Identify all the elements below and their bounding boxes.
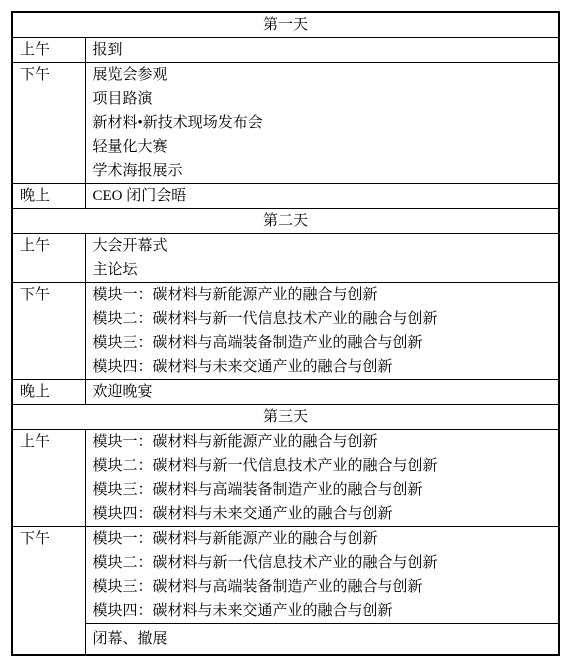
schedule-item: 大会开幕式	[93, 234, 552, 258]
day1-title: 第一天	[12, 12, 559, 38]
schedule-item: 项目路演	[93, 87, 552, 111]
schedule-item: 闭幕、撤展	[93, 627, 552, 651]
period-cell-afternoon: 下午	[12, 63, 85, 184]
schedule-item: 轻量化大赛	[93, 135, 552, 159]
schedule-item: 模块三：碳材料与高端装备制造产业的融合与创新	[93, 331, 552, 355]
schedule-table: 第一天 上午 报到 下午 展览会参观 项目路演 新材料•新技术现场发布会 轻量化…	[11, 11, 560, 656]
period-cell-evening: 晚上	[12, 380, 85, 405]
schedule-item: 报到	[93, 38, 552, 62]
schedule-item: 模块一：碳材料与新能源产业的融合与创新	[93, 283, 552, 307]
items-cell: 模块一：碳材料与新能源产业的融合与创新 模块二：碳材料与新一代信息技术产业的融合…	[85, 527, 559, 624]
day1-header-row: 第一天	[12, 12, 559, 38]
schedule-item: 模块一：碳材料与新能源产业的融合与创新	[93, 430, 552, 454]
schedule-item: 模块二：碳材料与新一代信息技术产业的融合与创新	[93, 307, 552, 331]
period-cell-morning: 上午	[12, 38, 85, 63]
period-cell-evening: 晚上	[12, 184, 85, 209]
schedule-item: 模块三：碳材料与高端装备制造产业的融合与创新	[93, 478, 552, 502]
period-cell-morning: 上午	[12, 234, 85, 283]
day3-header-row: 第三天	[12, 405, 559, 430]
closing-cell: 闭幕、撤展	[85, 624, 559, 656]
schedule-item: 展览会参观	[93, 63, 552, 87]
table-row: 上午 大会开幕式 主论坛	[12, 234, 559, 283]
schedule-item: 模块四：碳材料与未来交通产业的融合与创新	[93, 599, 552, 623]
schedule-item: 模块四：碳材料与未来交通产业的融合与创新	[93, 355, 552, 379]
items-cell: CEO 闭门会晤	[85, 184, 559, 209]
table-row: 下午 模块一：碳材料与新能源产业的融合与创新 模块二：碳材料与新一代信息技术产业…	[12, 527, 559, 624]
schedule-item: 主论坛	[93, 258, 552, 282]
day2-title: 第二天	[12, 209, 559, 234]
schedule-item: 模块四：碳材料与未来交通产业的融合与创新	[93, 502, 552, 526]
items-cell: 报到	[85, 38, 559, 63]
day3-title: 第三天	[12, 405, 559, 430]
day2-header-row: 第二天	[12, 209, 559, 234]
table-row: 上午 报到	[12, 38, 559, 63]
schedule-item: 模块二：碳材料与新一代信息技术产业的融合与创新	[93, 454, 552, 478]
table-row: 晚上 CEO 闭门会晤	[12, 184, 559, 209]
schedule-item: CEO 闭门会晤	[93, 184, 552, 208]
table-row: 闭幕、撤展	[12, 624, 559, 656]
schedule-item: 欢迎晚宴	[93, 380, 552, 404]
schedule-item: 模块一：碳材料与新能源产业的融合与创新	[93, 527, 552, 551]
period-cell-afternoon: 下午	[12, 527, 85, 656]
table-row: 上午 模块一：碳材料与新能源产业的融合与创新 模块二：碳材料与新一代信息技术产业…	[12, 430, 559, 527]
schedule-item: 模块二：碳材料与新一代信息技术产业的融合与创新	[93, 551, 552, 575]
items-cell: 展览会参观 项目路演 新材料•新技术现场发布会 轻量化大赛 学术海报展示	[85, 63, 559, 184]
period-cell-morning: 上午	[12, 430, 85, 527]
schedule-item: 新材料•新技术现场发布会	[93, 111, 552, 135]
items-cell: 模块一：碳材料与新能源产业的融合与创新 模块二：碳材料与新一代信息技术产业的融合…	[85, 283, 559, 380]
schedule-item: 模块三：碳材料与高端装备制造产业的融合与创新	[93, 575, 552, 599]
table-row: 晚上 欢迎晚宴	[12, 380, 559, 405]
period-cell-afternoon: 下午	[12, 283, 85, 380]
table-row: 下午 展览会参观 项目路演 新材料•新技术现场发布会 轻量化大赛 学术海报展示	[12, 63, 559, 184]
table-row: 下午 模块一：碳材料与新能源产业的融合与创新 模块二：碳材料与新一代信息技术产业…	[12, 283, 559, 380]
items-cell: 模块一：碳材料与新能源产业的融合与创新 模块二：碳材料与新一代信息技术产业的融合…	[85, 430, 559, 527]
items-cell: 欢迎晚宴	[85, 380, 559, 405]
schedule-item: 学术海报展示	[93, 159, 552, 183]
items-cell: 大会开幕式 主论坛	[85, 234, 559, 283]
